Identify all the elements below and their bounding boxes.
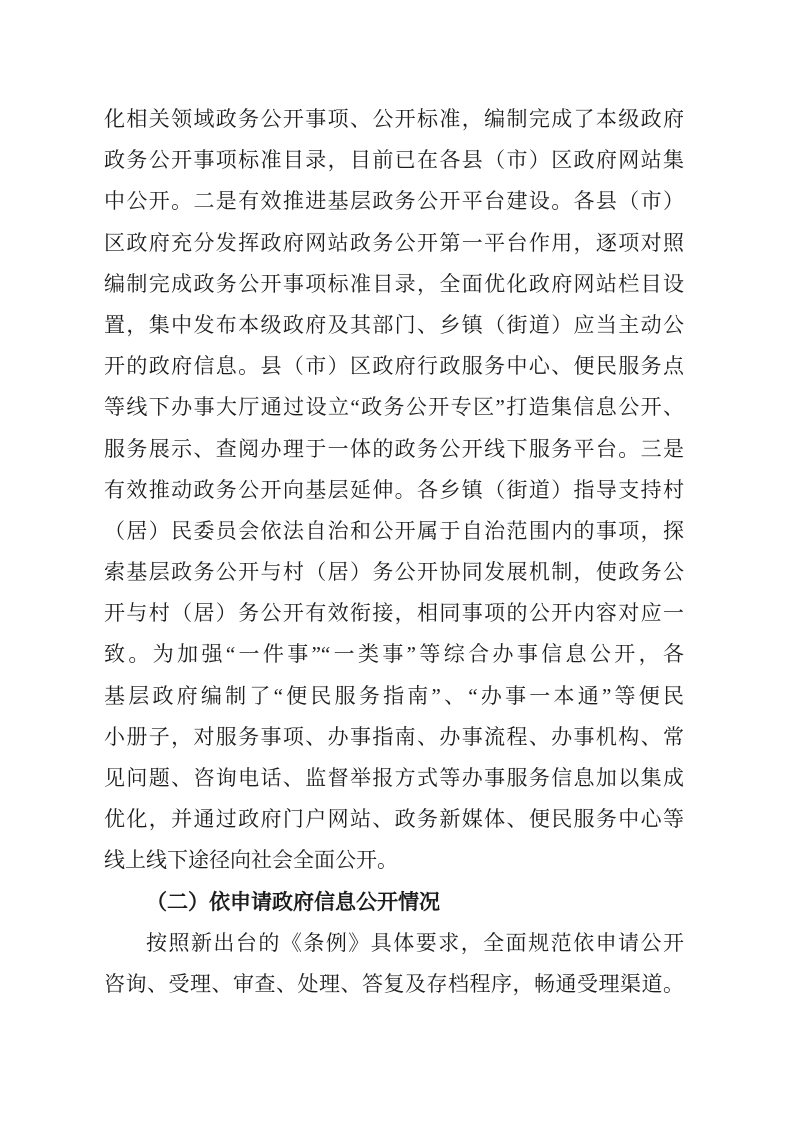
doc-line: 区政府充分发挥政府网站政务公开第一平台作用，逐项对照: [104, 223, 684, 264]
document-page: 化相关领域政务公开事项、公开标准，编制完成了本级政府 政务公开事项标准目录，目前…: [0, 0, 793, 1122]
doc-line: 置，集中发布本级政府及其部门、乡镇（街道）应当主动公: [104, 305, 684, 346]
doc-line: 索基层政务公开与村（居）务公开协同发展机制，使政务公: [104, 552, 684, 593]
doc-line: 咨询、受理、审查、处理、答复及存档程序，畅通受理渠道。: [104, 964, 684, 1005]
doc-line: 中公开。二是有效推进基层政务公开平台建设。各县（市）: [104, 181, 684, 222]
doc-line: （居）民委员会依法自治和公开属于自治范围内的事项，探: [104, 511, 684, 552]
doc-line: 服务展示、查阅办理于一体的政务公开线下服务平台。三是: [104, 429, 684, 470]
doc-line: 小册子，对服务事项、办事指南、办事流程、办事机构、常: [104, 717, 684, 758]
doc-line: 化相关领域政务公开事项、公开标准，编制完成了本级政府: [104, 99, 684, 140]
doc-line: 见问题、咨询电话、监督举报方式等办事服务信息加以集成: [104, 758, 684, 799]
document-text-block: 化相关领域政务公开事项、公开标准，编制完成了本级政府 政务公开事项标准目录，目前…: [104, 99, 684, 1005]
doc-line: 有效推动政务公开向基层延伸。各乡镇（街道）指导支持村: [104, 470, 684, 511]
doc-line: 致。为加强“一件事”“一类事”等综合办事信息公开，各: [104, 634, 684, 675]
doc-line: 开的政府信息。县（市）区政府行政服务中心、便民服务点: [104, 346, 684, 387]
doc-line: 开与村（居）务公开有效衔接，相同事项的公开内容对应一: [104, 593, 684, 634]
doc-line: 优化，并通过政府门户网站、政务新媒体、便民服务中心等: [104, 799, 684, 840]
doc-line: 按照新出台的《条例》具体要求，全面规范依申请公开: [104, 923, 684, 964]
doc-line: 政务公开事项标准目录，目前已在各县（市）区政府网站集: [104, 140, 684, 181]
section-heading: （二）依申请政府信息公开情况: [104, 882, 684, 923]
doc-line: 等线下办事大厅通过设立“政务公开专区”打造集信息公开、: [104, 387, 684, 428]
doc-line: 基层政府编制了“便民服务指南”、“办事一本通”等便民: [104, 676, 684, 717]
doc-line: 编制完成政务公开事项标准目录，全面优化政府网站栏目设: [104, 264, 684, 305]
doc-line: 线上线下途径向社会全面公开。: [104, 840, 684, 881]
